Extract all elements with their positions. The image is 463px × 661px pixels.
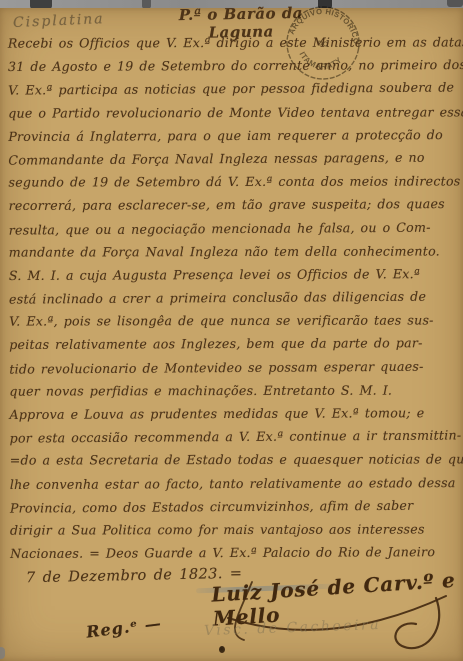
manuscript-line: peitas relativamente aos Inglezes, bem q… bbox=[9, 331, 461, 356]
manuscript-line: que o Partido revolucionario de Monte Vi… bbox=[8, 100, 460, 124]
manuscript-line: segundo de 19 de Setembro dá V. Ex.ª con… bbox=[8, 170, 460, 194]
manuscript-line: mandante da Força Naval Ingleza não tem … bbox=[9, 239, 461, 263]
edge-mark bbox=[447, 0, 463, 7]
manuscript-line: Provincia á Inglaterra, para o que iam r… bbox=[8, 123, 460, 148]
manuscript-line: =do a esta Secretaria de Estado todas e … bbox=[10, 448, 462, 472]
manuscript-line: 31 de Agosto e 19 de Setembro do corrent… bbox=[8, 53, 460, 78]
manuscript-line: está inclinado a crer a primeira conclus… bbox=[9, 284, 461, 310]
manuscript-line: dirigir a Sua Politica como for mais van… bbox=[10, 517, 462, 541]
manuscript-scan: Cisplatina P.ª o Barão da Laguna ARQUIVO… bbox=[0, 0, 463, 661]
manuscript-line: Recebi os Officios que V. Ex.ª dirigio a… bbox=[8, 30, 460, 54]
manuscript-line: lhe convenha estar ao facto, tanto relat… bbox=[10, 471, 462, 496]
manuscript-line: por esta occasião recommenda a V. Ex.ª c… bbox=[10, 424, 462, 450]
manuscript-line: resulta, que ou a negociação mencionada … bbox=[9, 215, 461, 241]
manuscript-line: Approva e Louva as prudentes medidas que… bbox=[9, 401, 461, 426]
manuscript-line: Provincia, como dos Estados circumvizinh… bbox=[10, 493, 462, 519]
manuscript-line: quer novas perfidias e machinações. Entr… bbox=[9, 378, 461, 402]
manuscript-body: Recebi os Officios que V. Ex.ª dirigio a… bbox=[8, 30, 462, 565]
manuscript-line: Commandante da Força Naval Ingleza nessa… bbox=[8, 145, 460, 171]
edge-mark bbox=[0, 647, 5, 659]
manuscript-line: tido revolucionario de Montevideo se pos… bbox=[9, 354, 461, 380]
manuscript-line: Nacionaes. = Deos Guarde a V. Ex.ª Palac… bbox=[10, 540, 462, 565]
manuscript-line: S. M. I. a cuja Augusta Presença levei o… bbox=[9, 262, 461, 287]
manuscript-line: V. Ex.ª participa as noticias que por pe… bbox=[8, 76, 460, 102]
manuscript-line: V. Ex.ª, pois se lisongêa de que nunca s… bbox=[9, 309, 461, 333]
ink-blot bbox=[219, 646, 225, 653]
manuscript-line: recorrerá, para esclarecer-se, em tão gr… bbox=[9, 192, 461, 217]
